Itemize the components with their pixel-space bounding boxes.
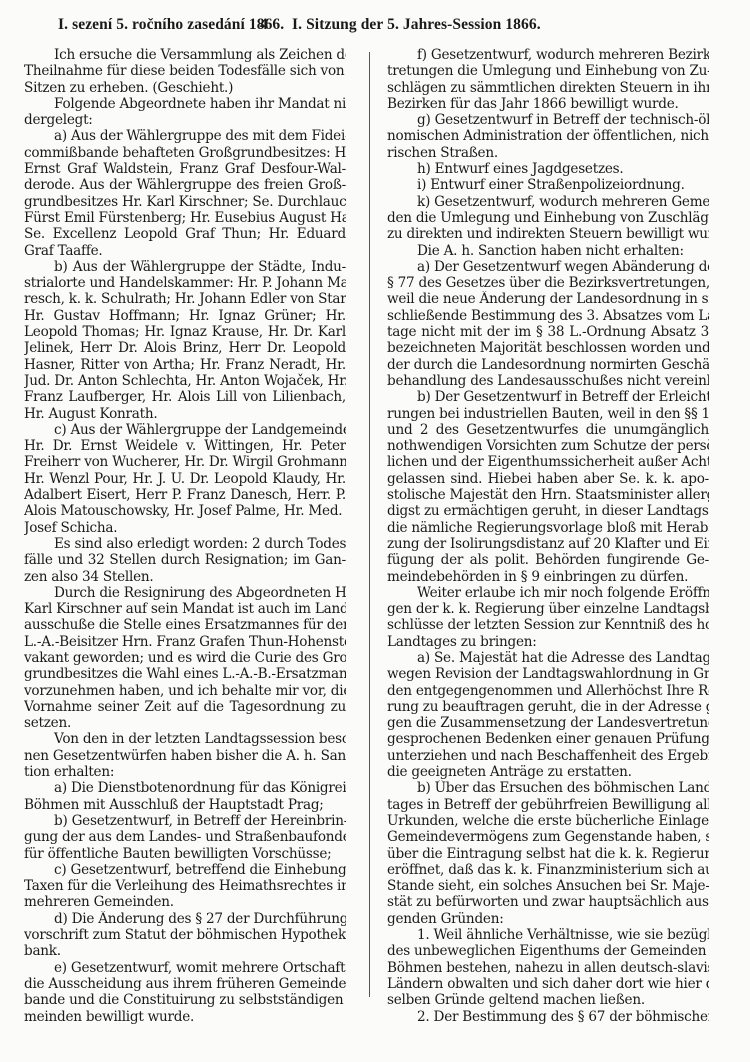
- text-line: L.-A.-Beisitzer Hrn. Franz Grafen Thun-H…: [24, 634, 346, 650]
- text-line: zung der Isolirungsdistanz auf 20 Klafte…: [387, 536, 709, 552]
- text-line: rischen Straßen.: [387, 145, 709, 161]
- text-line: Jelinek, Herr Dr. Alois Brinz, Herr Dr. …: [24, 340, 346, 356]
- text-line: Die A. h. Sanction haben nicht erhalten:: [387, 243, 709, 259]
- text-line: resch, k. k. Schulrath; Hr. Johann Edler…: [24, 291, 346, 307]
- text-line: nen Gesetzentwürfen haben bisher die A. …: [24, 748, 346, 764]
- text-line: die Ausscheidung aus ihrem früheren Geme…: [24, 976, 346, 992]
- text-line: stät zu befürworten und zwar hauptsächli…: [387, 894, 709, 910]
- text-line: Fürst Emil Fürstenberg; Hr. Eusebius Aug…: [24, 210, 346, 226]
- text-line: Ich ersuche die Versammlung als Zeichen …: [24, 47, 346, 63]
- text-line: weil die neue Änderung der Landesordnung…: [387, 291, 709, 307]
- text-line: rungen bei industriellen Bauten, weil in…: [387, 406, 709, 422]
- text-line: Josef Schicha.: [24, 520, 346, 536]
- text-line: Taxen für die Verleihung des Heimathsrec…: [24, 878, 346, 894]
- text-line: Graf Taaffe.: [24, 243, 346, 259]
- text-line: a) Die Dienstbotenordnung für das Königr…: [24, 780, 346, 796]
- text-line: setzen.: [24, 715, 346, 731]
- text-line: nomischen Administration der öffentliche…: [387, 128, 709, 144]
- text-line: b) Gesetzentwurf, in Betreff der Hereinb…: [24, 813, 346, 829]
- text-line: Hr. Gustav Hoffmann; Hr. Ignaz Grüner; H…: [24, 308, 346, 324]
- text-line: Adalbert Eisert, Herr P. Franz Danesch, …: [24, 487, 346, 503]
- text-line: h) Entwurf eines Jagdgesetzes.: [387, 161, 709, 177]
- text-line: über die Eintragung selbst hat die k. k.…: [387, 846, 709, 862]
- text-line: d) Die Änderung des § 27 der Durchführun…: [24, 911, 346, 927]
- text-line: a) Der Gesetzentwurf wegen Abänderung de…: [387, 259, 709, 275]
- right-text-column: f) Gesetzentwurf, wodurch mehreren Bezir…: [387, 47, 709, 1025]
- text-line: ausschuße die Stelle eines Ersatzmannes …: [24, 617, 346, 633]
- text-line: fügung der als polit. Behörden fungirend…: [387, 552, 709, 568]
- text-line: Böhmen bestehen, nahezu in allen deutsch…: [387, 960, 709, 976]
- text-line: f) Gesetzentwurf, wodurch mehreren Bezir…: [387, 47, 709, 63]
- text-line: rung zu beauftragen geruht, die in der A…: [387, 699, 709, 715]
- text-line: commißbande behafteten Großgrundbesitzes…: [24, 145, 346, 161]
- text-line: Leopold Thomas; Hr. Ignaz Krause, Hr. Dr…: [24, 324, 346, 340]
- text-line: bande und die Constituirung zu selbststä…: [24, 992, 346, 1008]
- text-line: Böhmen mit Ausschluß der Hauptstadt Prag…: [24, 797, 346, 813]
- text-line: unterziehen und nach Beschaffenheit des …: [387, 748, 709, 764]
- text-line: g) Gesetzentwurf in Betreff der technisc…: [387, 112, 709, 128]
- text-line: strialorte und Handelskammer: Hr. P. Joh…: [24, 275, 346, 291]
- text-line: die geeigneten Anträge zu erstatten.: [387, 764, 709, 780]
- text-line: c) Aus der Wählergruppe der Landgemeinde…: [24, 422, 346, 438]
- text-line: Ländern obwalten und sich daher dort wie…: [387, 976, 709, 992]
- text-line: vakant geworden; und es wird die Curie d…: [24, 650, 346, 666]
- text-line: Hr. August Konrath.: [24, 406, 346, 422]
- text-line: fälle und 32 Stellen durch Resignation; …: [24, 552, 346, 568]
- text-line: vorzunehmen haben, und ich behalte mir v…: [24, 683, 346, 699]
- text-line: meindebehörden in § 9 einbringen zu dürf…: [387, 569, 709, 585]
- text-line: des unbeweglichen Eigenthums der Gemeind…: [387, 943, 709, 959]
- text-line: a) Aus der Wählergruppe des mit dem Fide…: [24, 128, 346, 144]
- text-line: Freiherr von Wucherer, Hr. Dr. Wirgil Gr…: [24, 454, 346, 470]
- text-line: 2. Der Bestimmung des § 67 der böhmische…: [387, 1009, 709, 1025]
- text-line: zu direkten und indirekten Steuern bewil…: [387, 226, 709, 242]
- text-line: lichen und der Eigenthumssicherheit auße…: [387, 454, 709, 470]
- text-line: a) Se. Majestät hat die Adresse des Land…: [387, 650, 709, 666]
- text-line: 1. Weil ähnliche Verhältnisse, wie sie b…: [387, 927, 709, 943]
- column-divider: [369, 52, 370, 997]
- text-line: Franz Laufberger, Hr. Alois Lill von Lil…: [24, 389, 346, 405]
- text-line: Karl Kirschner auf sein Mandat ist auch …: [24, 601, 346, 617]
- text-line: behandlung des Landesausschußes nicht ve…: [387, 373, 709, 389]
- text-line: derode. Aus der Wählergruppe des freien …: [24, 177, 346, 193]
- text-line: eröffnet, daß das k. k. Finanzministeriu…: [387, 862, 709, 878]
- text-line: Stande sieht, ein solches Ansuchen bei S…: [387, 878, 709, 894]
- text-line: schlüsse der letzten Session zur Kenntni…: [387, 617, 709, 633]
- text-line: Folgende Abgeordnete haben ihr Mandat ni…: [24, 96, 346, 112]
- text-line: bezeichneten Majorität beschlossen worde…: [387, 340, 709, 356]
- text-line: b) Der Gesetzentwurf in Betreff der Erle…: [387, 389, 709, 405]
- text-line: Landtages zu bringen:: [387, 634, 709, 650]
- text-line: wegen Revision der Landtagswahlordnung i…: [387, 666, 709, 682]
- text-line: Von den in der letzten Landtagssession b…: [24, 731, 346, 747]
- text-line: Hasner, Ritter von Artha; Hr. Franz Nera…: [24, 357, 346, 373]
- text-line: tretungen die Umlegung und Einhebung von…: [387, 63, 709, 79]
- page-number: 4: [260, 16, 268, 34]
- text-line: Theilnahme für diese beiden Todesfälle s…: [24, 63, 346, 79]
- header-czech-title: I. sezení 5. ročního zasedání 1866.: [58, 16, 284, 34]
- text-line: grundbesitzes die Wahl eines L.-A.-B.-Er…: [24, 666, 346, 682]
- text-line: Hr. Dr. Ernst Weidele v. Wittingen, Hr. …: [24, 438, 346, 454]
- text-line: die nämliche Regierungsvorlage bloß mit …: [387, 520, 709, 536]
- text-line: b) Aus der Wählergruppe der Städte, Indu…: [24, 259, 346, 275]
- text-line: den entgegengenommen und Allerhöchst Ihr…: [387, 683, 709, 699]
- text-line: tages in Betreff der gebührfreien Bewill…: [387, 797, 709, 813]
- text-line: b) Über das Ersuchen des böhmischen Land…: [387, 780, 709, 796]
- text-line: bank.: [24, 943, 346, 959]
- page-header: I. sezení 5. ročního zasedání 1866. 4 I.…: [0, 8, 750, 38]
- text-line: gen die Zusammensetzung der Landesvertre…: [387, 715, 709, 731]
- text-line: der durch die Landesordnung normirten Ge…: [387, 357, 709, 373]
- text-line: den die Umlegung und Einhebung von Zusch…: [387, 210, 709, 226]
- text-line: Urkunden, welche die erste bücherliche E…: [387, 813, 709, 829]
- text-line: Vornahme seiner Zeit auf die Tagesordnun…: [24, 699, 346, 715]
- text-line: gen der k. k. Regierung über einzelne La…: [387, 601, 709, 617]
- text-line: tion erhalten:: [24, 764, 346, 780]
- text-line: Durch die Resignirung des Abgeordneten H…: [24, 585, 346, 601]
- text-line: Jud. Dr. Anton Schlechta, Hr. Anton Woja…: [24, 373, 346, 389]
- text-line: stolische Majestät den Hrn. Staatsminist…: [387, 487, 709, 503]
- text-line: c) Gesetzentwurf, betreffend die Einhebu…: [24, 862, 346, 878]
- text-line: Sitzen zu erheben. (Geschieht.): [24, 80, 346, 96]
- header-german-title: I. Sitzung der 5. Jahres-Session 1866.: [292, 16, 541, 34]
- text-line: mehreren Gemeinden.: [24, 894, 346, 910]
- text-line: gesprochenen Bedenken einer genauen Prüf…: [387, 731, 709, 747]
- text-line: Es sind also erledigt worden: 2 durch To…: [24, 536, 346, 552]
- left-text-column: Ich ersuche die Versammlung als Zeichen …: [24, 47, 346, 1025]
- text-line: tage nicht mit der im § 38 L.-Ordnung Ab…: [387, 324, 709, 340]
- text-line: für öffentliche Bauten bewilligten Vorsc…: [24, 846, 346, 862]
- text-line: Weiter erlaube ich mir noch folgende Erö…: [387, 585, 709, 601]
- text-line: zen also 34 Stellen.: [24, 569, 346, 585]
- text-line: k) Gesetzentwurf, wodurch mehreren Gemei…: [387, 194, 709, 210]
- text-line: digst zu ermächtigen geruht, in dieser L…: [387, 503, 709, 519]
- text-line: i) Entwurf einer Straßenpolizeiordnung.: [387, 177, 709, 193]
- text-line: grundbesitzes Hr. Karl Kirschner; Se. Du…: [24, 194, 346, 210]
- text-line: meinden bewilligt wurde.: [24, 1009, 346, 1025]
- text-line: vorschrift zum Statut der böhmischen Hyp…: [24, 927, 346, 943]
- text-line: § 77 des Gesetzes über die Bezirksvertre…: [387, 275, 709, 291]
- text-line: Hr. Wenzl Pour, Hr. J. U. Dr. Leopold Kl…: [24, 471, 346, 487]
- text-line: Gemeindevermögens zum Gegenstande haben,…: [387, 829, 709, 845]
- text-line: Alois Matouschowsky, Hr. Josef Palme, Hr…: [24, 503, 346, 519]
- text-line: und 2 des Gesetzentwurfes die unumgängli…: [387, 422, 709, 438]
- text-line: e) Gesetzentwurf, womit mehrere Ortschaf…: [24, 960, 346, 976]
- text-line: schließende Bestimmung des 3. Absatzes v…: [387, 308, 709, 324]
- text-line: genden Gründen:: [387, 911, 709, 927]
- text-line: schlägen zu sämmtlichen direkten Steuern…: [387, 80, 709, 96]
- text-line: Ernst Graf Waldstein, Franz Graf Desfour…: [24, 161, 346, 177]
- text-line: gelassen sind. Hiebei haben aber Se. k. …: [387, 471, 709, 487]
- text-line: Bezirken für das Jahr 1866 bewilligt wur…: [387, 96, 709, 112]
- text-line: selben Gründe geltend machen ließen.: [387, 992, 709, 1008]
- text-line: nothwendigen Vorsichten zum Schutze der …: [387, 438, 709, 454]
- text-line: dergelegt:: [24, 112, 346, 128]
- text-line: Se. Excellenz Leopold Graf Thun; Hr. Edu…: [24, 226, 346, 242]
- text-line: gung der aus dem Landes- und Straßenbauf…: [24, 829, 346, 845]
